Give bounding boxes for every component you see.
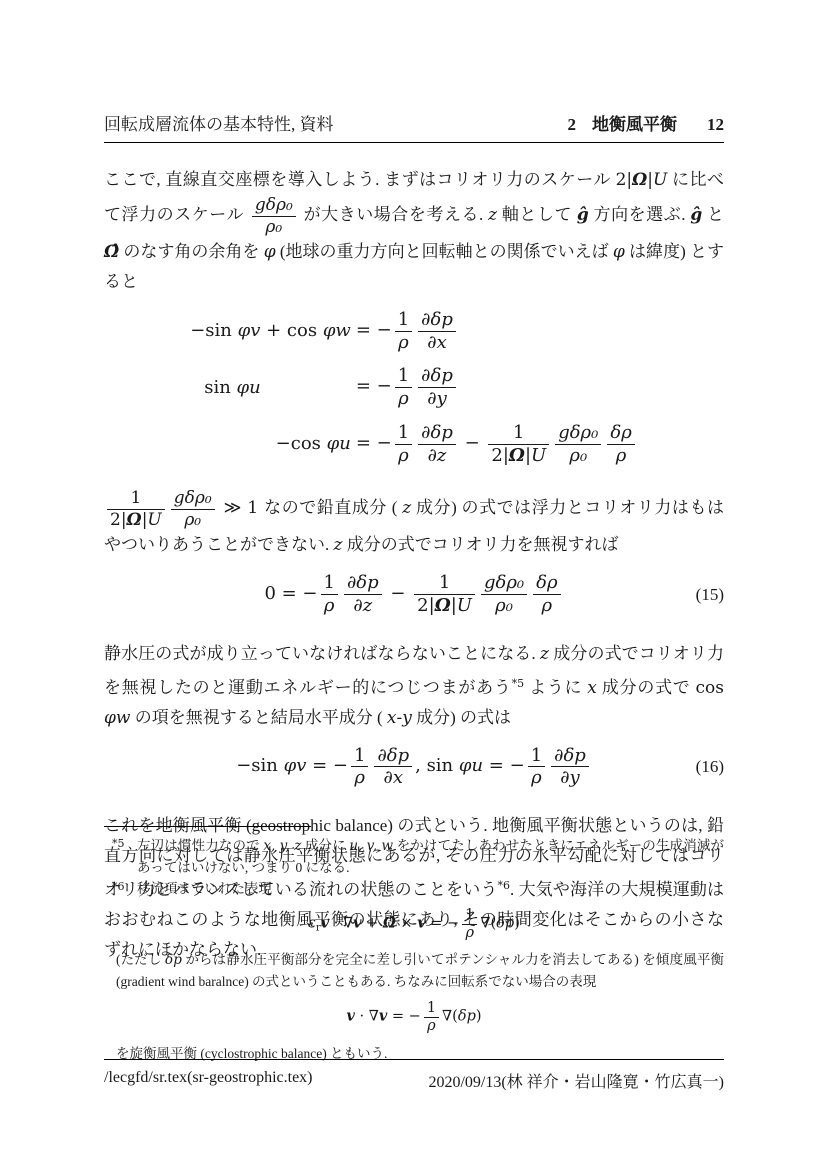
header-right: 2地衡風平衡12 — [568, 110, 725, 135]
fraction: 1ρ — [528, 745, 545, 789]
fraction-denominator: ∂z — [344, 594, 382, 617]
fraction: ∂δp∂z — [344, 572, 382, 616]
equation-row1-lhs: −sin φv + cos φw — [190, 320, 351, 342]
fraction-denominator: ρ — [395, 387, 412, 410]
equation-row2-lhs: sin φu — [190, 377, 351, 399]
equation-15: 0 = −1ρ∂δp∂z − 12|Ω|Ugδρ₀ρ₀δρρ (15) — [104, 572, 724, 616]
fraction-denominator: 2|Ω|U — [107, 509, 165, 531]
fraction: 12|Ω|U — [488, 422, 549, 466]
fraction-denominator: ∂y — [418, 387, 456, 410]
equation-row1-rhs: = −1ρ∂δp∂x — [351, 309, 638, 353]
footnote-6-marker: *6 — [112, 876, 125, 897]
fraction: 1ρ — [395, 422, 412, 466]
fraction: 1ρ — [395, 365, 412, 409]
equation-16-body: −sin φv = −1ρ∂δp∂x, sin φu = −1ρ∂δp∂y — [236, 755, 592, 775]
fraction-numerator: gδρ₀ — [252, 195, 296, 216]
fraction-numerator: ∂δp — [418, 365, 456, 387]
fraction: ∂δp∂x — [418, 309, 456, 353]
fraction: gδρ₀ρ₀ — [555, 422, 601, 466]
footnote-5-text: 左辺は慣性力なので x, y, z 成分に u, v, w をかけてたしあわせた… — [137, 838, 724, 875]
fraction-numerator: 1 — [414, 572, 475, 594]
page-content: 回転成層流体の基本特性, 資料 2地衡風平衡12 ここで, 直線直交座標を導入し… — [104, 0, 724, 965]
fraction-denominator: 2|Ω|U — [488, 444, 549, 467]
fraction-denominator: ρ — [528, 766, 545, 789]
fraction-numerator: gδρ₀ — [555, 422, 601, 444]
fraction: 1ρ — [424, 1000, 439, 1034]
fraction-denominator: ρ — [533, 594, 560, 617]
fraction-denominator: ∂y — [551, 766, 589, 789]
fraction-numerator: δρ — [533, 572, 560, 594]
equation-row3-lhs: −cos φu — [190, 433, 351, 455]
fraction: ∂δp∂y — [418, 365, 456, 409]
fraction-denominator: ρ — [395, 331, 412, 354]
fraction: gδρ₀ρ₀ — [171, 488, 215, 530]
footnote-6-continued: (ただし δp からは静水圧平衡部分を完全に差し引いてポテンシャル力を消去してあ… — [104, 949, 724, 992]
fraction-denominator: ρ₀ — [481, 594, 527, 617]
fraction-numerator: 1 — [395, 422, 412, 444]
fraction: 1ρ — [351, 745, 368, 789]
document-page: 回転成層流体の基本特性, 資料 2地衡風平衡12 ここで, 直線直交座標を導入し… — [0, 0, 826, 1169]
fraction-numerator: 1 — [462, 907, 477, 924]
fraction-denominator: ρ — [462, 924, 477, 942]
fraction: 12|Ω|U — [107, 488, 165, 530]
running-header: 回転成層流体の基本特性, 資料 2地衡風平衡12 — [104, 110, 724, 135]
header-page-number: 12 — [707, 115, 724, 134]
fraction-denominator: ρ₀ — [171, 509, 215, 531]
fraction-numerator: 1 — [395, 365, 412, 387]
footnote-6-intro: 移流項までいれた表現 — [137, 881, 272, 896]
equation-row3-rhs: = −1ρ∂δp∂z − 12|Ω|Ugδρ₀ρ₀δρρ — [351, 422, 638, 466]
fraction: 12|Ω|U — [414, 572, 475, 616]
header-section-title: 地衡風平衡 — [592, 115, 677, 134]
paragraph-2: 12|Ω|Ugδρ₀ρ₀ ≫ 1 なので鉛直成分 ( z 成分) の式では浮力と… — [104, 488, 724, 560]
footnote-6: *6 移流項までいれた表現 — [104, 878, 724, 899]
fraction-numerator: ∂δp — [374, 745, 412, 767]
fraction-numerator: ∂δp — [551, 745, 589, 767]
fraction-denominator: ρ — [607, 444, 634, 467]
footnote-equation-1: εrv · ∇v + Ω̂ × v = −1ρ∇(δp) — [104, 907, 724, 941]
fraction-numerator: δρ — [607, 422, 634, 444]
equation-15-body: 0 = −1ρ∂δp∂z − 12|Ω|Ugδρ₀ρ₀δρρ — [264, 583, 563, 603]
fraction-numerator: ∂δp — [418, 309, 456, 331]
fraction-denominator: ρ — [424, 1017, 439, 1035]
paragraph-3: 静水圧の式が成り立っていなければならないことになる. z 成分の式でコリオリ力を… — [104, 639, 724, 733]
fraction-denominator: 2|Ω|U — [414, 594, 475, 617]
fraction: 1ρ — [321, 572, 338, 616]
fraction-numerator: 1 — [351, 745, 368, 767]
fraction-denominator: ∂z — [418, 444, 456, 467]
fraction: gδρ₀ρ₀ — [252, 195, 296, 237]
paragraph-1: ここで, 直線直交座標を導入しよう. まずはコリオリ力のスケール 2|Ω|U に… — [104, 165, 724, 297]
footer-row: /lecgfd/sr.tex(sr-geostrophic.tex) 2020/… — [104, 1069, 724, 1092]
fraction-numerator: 1 — [528, 745, 545, 767]
fraction-numerator: 1 — [321, 572, 338, 594]
fraction: δρρ — [533, 572, 560, 616]
fraction-numerator: gδρ₀ — [481, 572, 527, 594]
footnote-equation-2: v · ∇v = −1ρ∇(δp) — [104, 1000, 724, 1034]
fraction-numerator: 1 — [424, 1000, 439, 1017]
fraction: ∂δp∂z — [418, 422, 456, 466]
equation-block-components: −sin φv + cos φw = −1ρ∂δp∂x sin φu = −1ρ… — [104, 309, 724, 466]
fraction-denominator: ρ — [351, 766, 368, 789]
fraction-numerator: 1 — [395, 309, 412, 331]
header-rule — [104, 142, 724, 143]
fraction: δρρ — [607, 422, 634, 466]
equation-15-number: (15) — [696, 584, 724, 604]
fraction: gδρ₀ρ₀ — [481, 572, 527, 616]
fraction-denominator: ∂x — [374, 766, 412, 789]
footnote-rule — [104, 826, 311, 827]
fraction: 1ρ — [462, 907, 477, 941]
fraction: ∂δp∂x — [374, 745, 412, 789]
fraction-numerator: 1 — [107, 488, 165, 509]
fraction-denominator: ρ₀ — [555, 444, 601, 467]
fraction: 1ρ — [395, 309, 412, 353]
footer-rule — [104, 1059, 724, 1060]
footer-source-path: /lecgfd/sr.tex(sr-geostrophic.tex) — [104, 1069, 313, 1092]
fraction-denominator: ρ — [395, 444, 412, 467]
fraction-numerator: 1 — [488, 422, 549, 444]
fraction-numerator: ∂δp — [344, 572, 382, 594]
fraction: ∂δp∂y — [551, 745, 589, 789]
page-footer: /lecgfd/sr.tex(sr-geostrophic.tex) 2020/… — [104, 1059, 724, 1092]
equation-16-number: (16) — [696, 757, 724, 777]
fraction-numerator: gδρ₀ — [171, 488, 215, 509]
equation-row2-rhs: = −1ρ∂δp∂y — [351, 365, 638, 409]
header-section-number: 2 — [568, 115, 577, 134]
header-left-title: 回転成層流体の基本特性, 資料 — [104, 110, 334, 135]
fraction-denominator: ∂x — [418, 331, 456, 354]
footnote-5: *5 左辺は慣性力なので x, y, z 成分に u, v, w をかけてたしあ… — [104, 835, 724, 878]
footnotes-area: *5 左辺は慣性力なので x, y, z 成分に u, v, w をかけてたしあ… — [104, 826, 724, 1064]
fraction-denominator: ρ — [321, 594, 338, 617]
fraction-denominator: ρ₀ — [252, 216, 296, 238]
footnote-5-marker: *5 — [112, 833, 125, 854]
fraction-numerator: ∂δp — [418, 422, 456, 444]
footer-date-authors: 2020/09/13(林 祥介・岩山隆寛・竹広真一) — [428, 1069, 724, 1092]
equation-16: −sin φv = −1ρ∂δp∂x, sin φu = −1ρ∂δp∂y (1… — [104, 745, 724, 789]
